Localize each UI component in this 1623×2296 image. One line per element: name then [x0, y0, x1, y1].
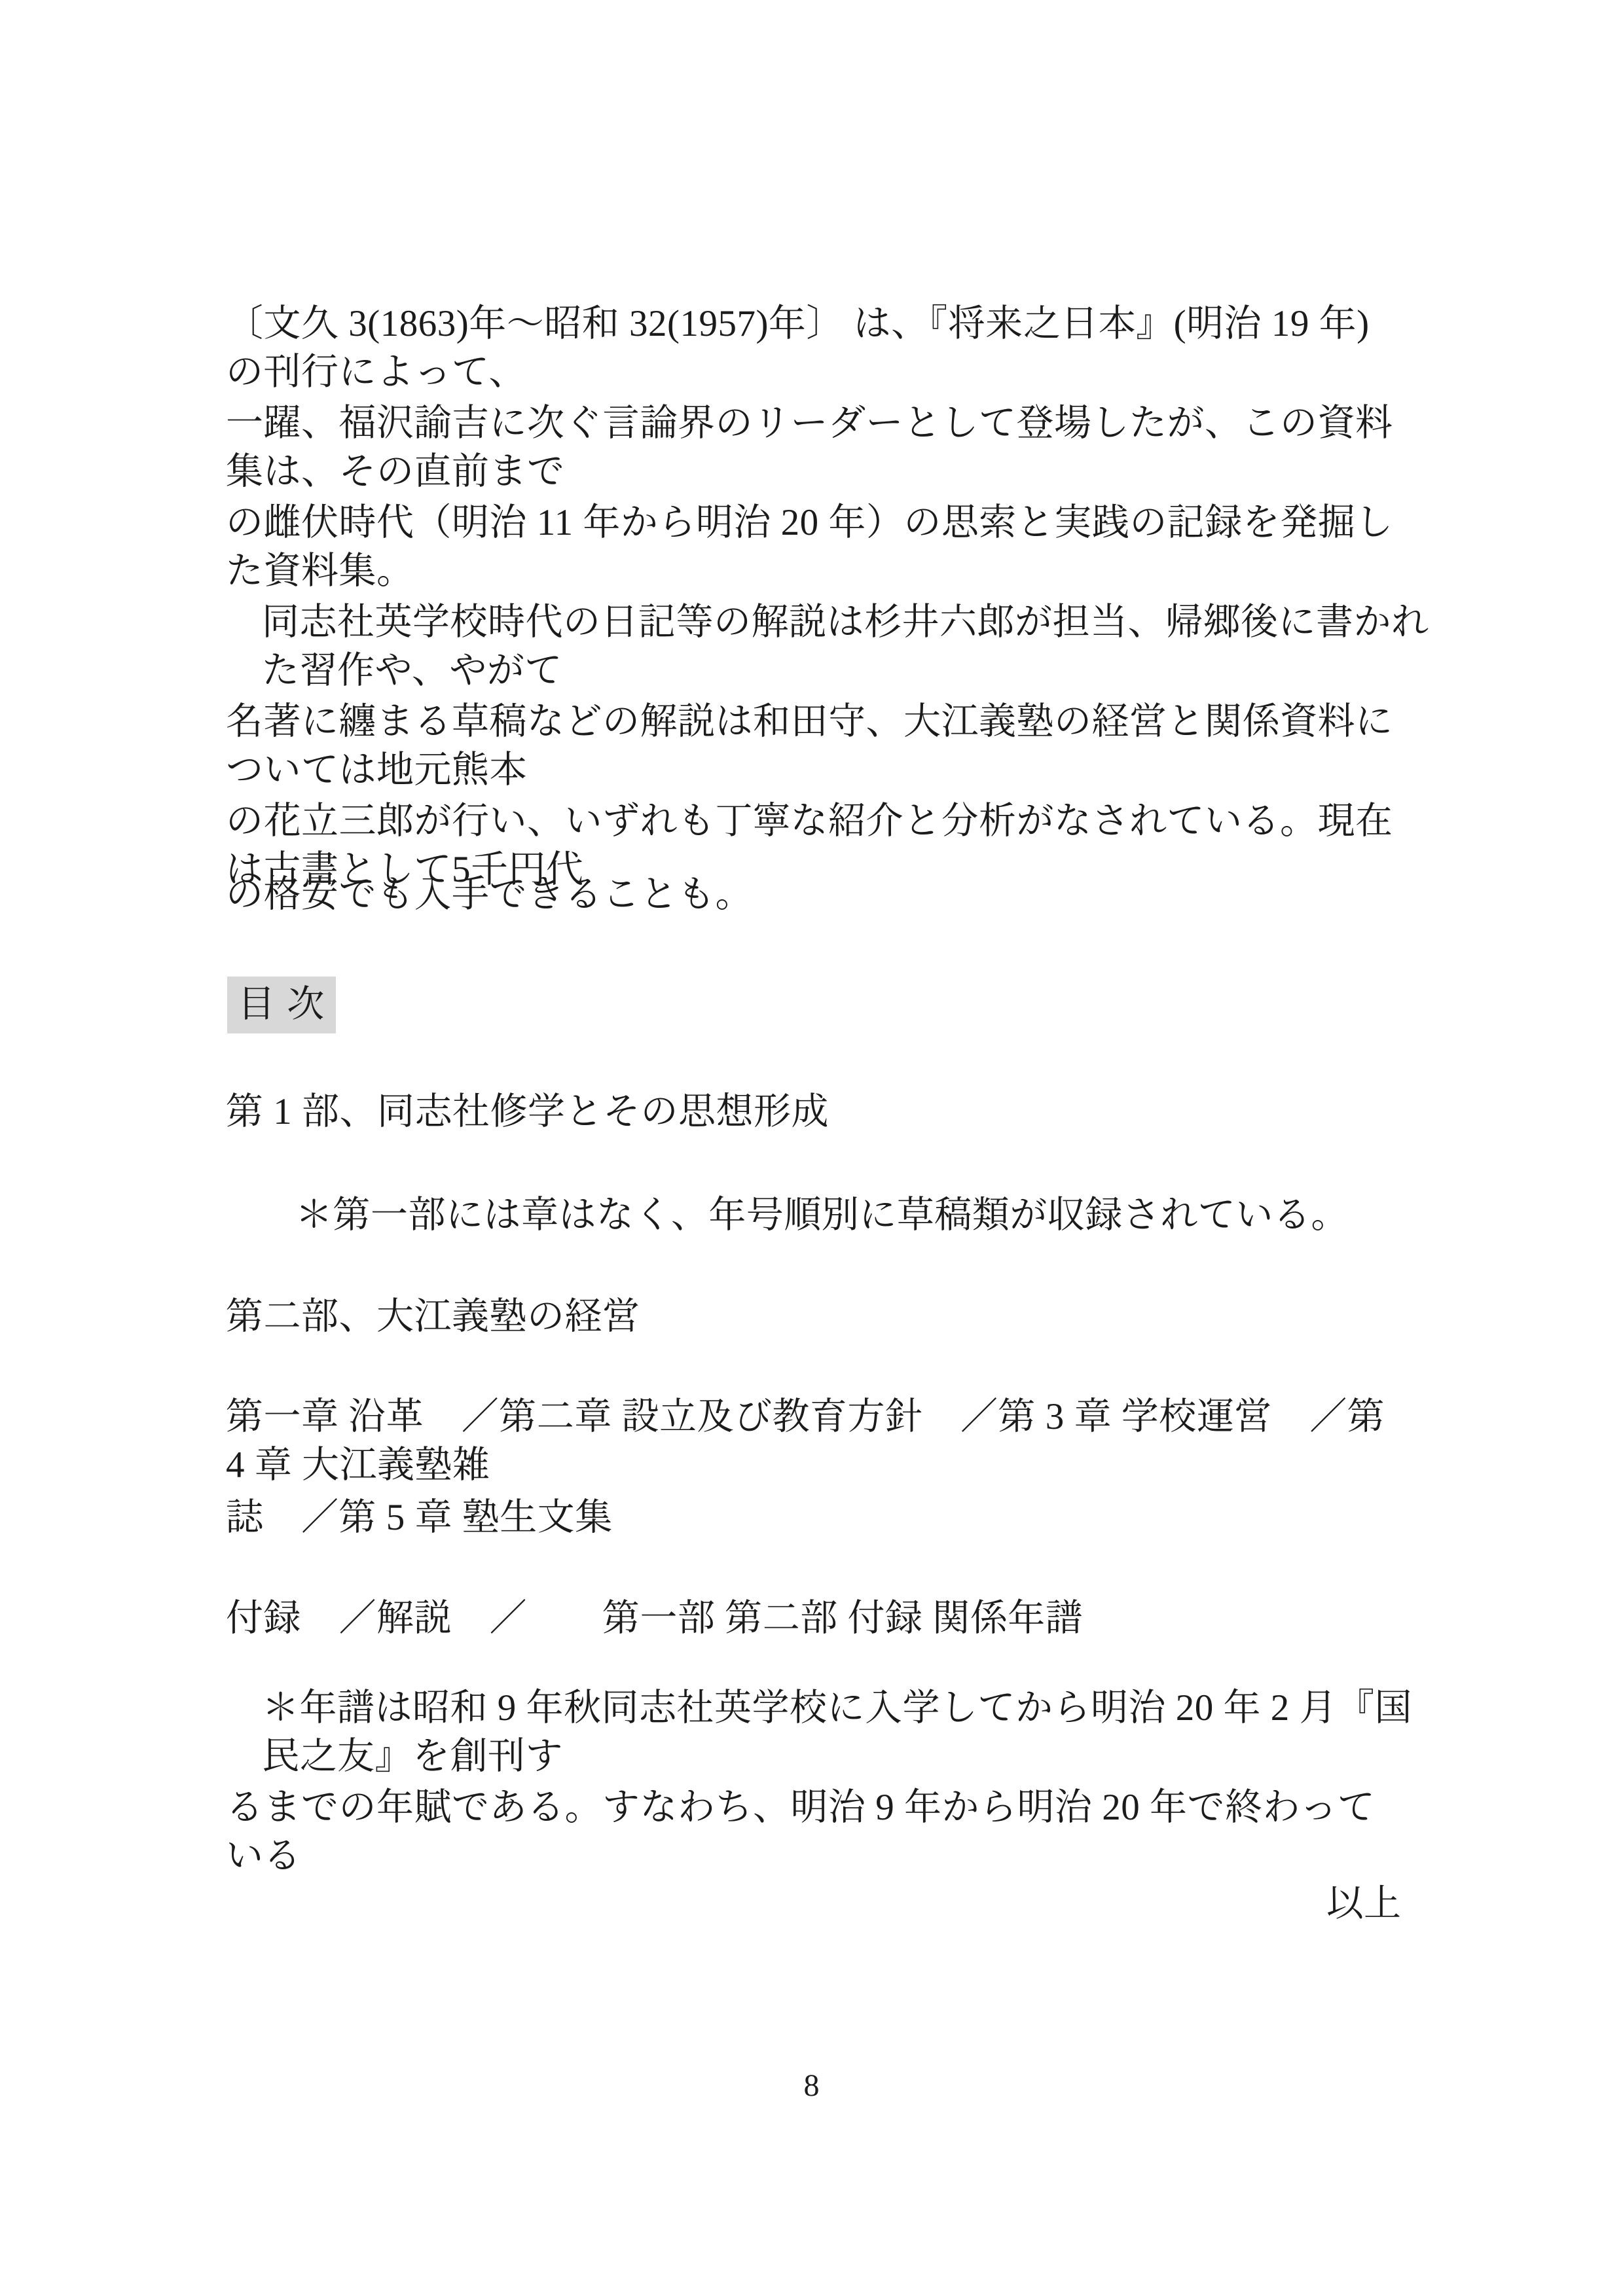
- paragraph1-line-3: の雌伏時代（明治 11 年から明治 20 年）の思索と実践の記録を発掘した資料集…: [226, 499, 1404, 596]
- paragraph2-line-2: 名著に纏まる草稿などの解説は和田守、大江義塾の経営と関係資料については地元熊本: [226, 698, 1404, 795]
- toc-line-nenpu-note-2: るまでの年賦である。すなわち、明治 9 年から明治 20 年で終わっている: [226, 1784, 1404, 1880]
- toc-line-chapters-1: 第一章 沿革 ／第二章 設立及び教育方針 ／第 3 章 学校運営 ／第 4 章 …: [226, 1393, 1404, 1490]
- paragraph2-line-4: の格安でも入手できることも。: [226, 870, 1404, 919]
- toc-line-part1: 第 1 部、同志社修学とその思想形成: [226, 1088, 1404, 1136]
- toc-heading: 目 次: [227, 977, 336, 1033]
- page-number: 8: [0, 2067, 1623, 2105]
- toc-line-appendix: 付録 ／解説 ／ 第一部 第二部 付録 関係年譜: [226, 1594, 1404, 1643]
- toc-line-part2: 第二部、大江義塾の経営: [226, 1293, 1404, 1341]
- paragraph1-line-1: 〔文久 3(1863)年～昭和 32(1957)年〕 は、『将来之日本』(明治 …: [226, 300, 1404, 397]
- toc-line-nenpu-note-1: ＊年譜は昭和 9 年秋同志社英学校に入学してから明治 20 年 2 月『国民之友…: [226, 1684, 1440, 1781]
- document-page: 〔文久 3(1863)年～昭和 32(1957)年〕 は、『将来之日本』(明治 …: [0, 0, 1623, 2296]
- toc-line-part1-note: ＊第一部には章はなく、年号順別に草稿類が収録されている。: [226, 1191, 1474, 1240]
- paragraph2-line-1: 同志社英学校時代の日記等の解説は杉井六郎が担当、帰郷後に書かれた習作や、やがて: [226, 598, 1440, 695]
- closing-mark: 以上: [226, 1880, 1401, 1928]
- toc-line-chapters-2: 誌 ／第 5 章 塾生文集: [226, 1494, 1404, 1542]
- paragraph1-line-2: 一躍、福沢諭吉に次ぐ言論界のリーダーとして登場したが、この資料集は、その直前まで: [226, 399, 1404, 496]
